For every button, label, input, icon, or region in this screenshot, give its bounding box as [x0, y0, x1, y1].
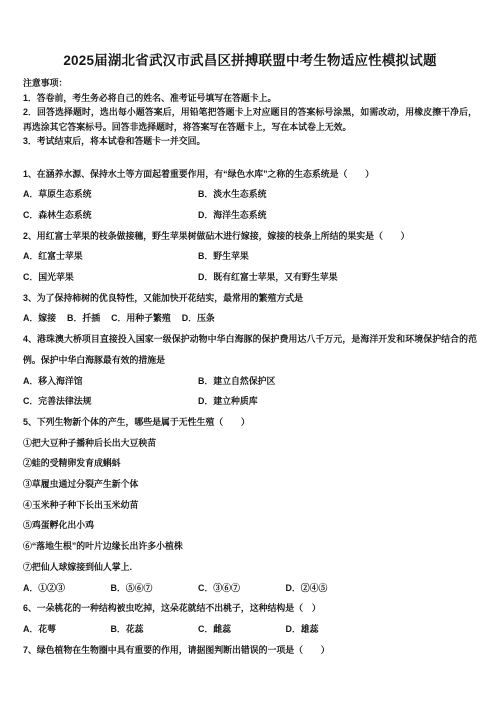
option-cell: A．移入海洋馆 — [23, 371, 198, 392]
question-subitem: ⑤鸡蛋孵化出小鸡 — [23, 515, 477, 536]
option-cell: A．嫁接 — [23, 308, 56, 329]
question: 6、一朵桃花的一种结构被虫吃掉，这朵花就结不出桃子，这种结构是（ ）A．花萼B．… — [23, 598, 477, 639]
option-row: C．森林生态系统D．海洋生态系统 — [23, 205, 477, 226]
option-cell: B．⑤⑥⑦ — [111, 578, 199, 599]
question: 1、在涵养水源、保持水土等方面起着重要作用，有“绿色水库”之称的生态系统是（ ）… — [23, 164, 477, 226]
question-stem: 5、下列生物新个体的产生，哪些是属于无性生殖（ ） — [23, 412, 477, 433]
option-cell: C．雌蕊 — [198, 619, 286, 640]
question-subitem: ⑥“落地生根”的叶片边缘长出许多小植株 — [23, 536, 477, 557]
option-cell: D．雄蕊 — [286, 619, 374, 640]
question-stem: 2、用红富士苹果的枝条做接穗，野生苹果树做砧木进行嫁接，嫁接的枝条上所结的果实是… — [23, 226, 477, 247]
notice-item: 1．答卷前，考生务必将自己的姓名、准考证号填写在答题卡上。 — [23, 91, 477, 106]
option-cell: D．海洋生态系统 — [198, 205, 477, 226]
question: 3、为了保持柿树的优良特性，又能加快开花结实，最常用的繁殖方式是A．嫁接B．扦插… — [23, 288, 477, 329]
option-cell: C．完善法律法规 — [23, 391, 198, 412]
option-row: A．花萼B．花蕊C．雌蕊D．雄蕊 — [23, 619, 477, 640]
option-cell: B．野生苹果 — [198, 246, 477, 267]
question: 5、下列生物新个体的产生，哪些是属于无性生殖（ ）①把大豆种子播种后长出大豆秧苗… — [23, 412, 477, 598]
option-cell: D．建立种质库 — [198, 391, 477, 412]
option-cell: A．红富士苹果 — [23, 246, 198, 267]
page-title: 2025届湖北省武汉市武昌区拼搏联盟中考生物适应性模拟试题 — [0, 0, 500, 68]
option-cell: C．③⑥⑦ — [198, 578, 286, 599]
option-cell: A．草原生态系统 — [23, 184, 198, 205]
question-subitem: ③草履虫通过分裂产生新个体 — [23, 474, 477, 495]
question: 4、港珠澳大桥项目直接投入国家一级保护动物中华白海豚的保护费用达八千万元，是海洋… — [23, 329, 477, 412]
notice-heading: 注意事项： — [23, 76, 477, 91]
option-cell: C．森林生态系统 — [23, 205, 198, 226]
option-row: A．①②③B．⑤⑥⑦C．③⑥⑦D．②④⑤ — [23, 578, 477, 599]
notice-item: 2．回答选择题时，选出每小题答案后，用铅笔把答题卡上对应题目的答案标号涂黑，如需… — [23, 105, 477, 134]
option-row: A．草原生态系统B．淡水生态系统 — [23, 184, 477, 205]
exam-paper-page: 2025届湖北省武汉市武昌区拼搏联盟中考生物适应性模拟试题 注意事项： 1．答卷… — [0, 0, 500, 707]
question-stem: 4、港珠澳大桥项目直接投入国家一级保护动物中华白海豚的保护费用达八千万元，是海洋… — [23, 329, 477, 370]
question: 7、绿色植物在生物圈中具有重要的作用，请据图判断出错误的一项是（ ） — [23, 640, 477, 661]
option-cell: A．花萼 — [23, 619, 111, 640]
option-cell: C．用种子繁殖 — [111, 308, 171, 329]
question-subitem: ⑦把仙人球嫁接到仙人掌上. — [23, 557, 477, 578]
option-cell: B．花蕊 — [111, 619, 199, 640]
question-subitem: ②蛙的受精卵发育成蝌蚪 — [23, 453, 477, 474]
option-row: A．红富士苹果B．野生苹果 — [23, 246, 477, 267]
option-row: A．嫁接B．扦插C．用种子繁殖D．压条 — [23, 308, 477, 329]
question-subitem: ①把大豆种子播种后长出大豆秧苗 — [23, 433, 477, 454]
option-cell: B．扦插 — [67, 308, 100, 329]
notice-item: 3．考试结束后，将本试卷和答题卡一并交回。 — [23, 134, 477, 149]
option-row: C．国光苹果D．既有红富士苹果，又有野生苹果 — [23, 267, 477, 288]
question-stem: 7、绿色植物在生物圈中具有重要的作用，请据图判断出错误的一项是（ ） — [23, 640, 477, 661]
option-row: C．完善法律法规D．建立种质库 — [23, 391, 477, 412]
option-cell: A．①②③ — [23, 578, 111, 599]
notice-section: 注意事项： 1．答卷前，考生务必将自己的姓名、准考证号填写在答题卡上。 2．回答… — [23, 76, 477, 149]
question-stem: 3、为了保持柿树的优良特性，又能加快开花结实，最常用的繁殖方式是 — [23, 288, 477, 309]
option-cell: B．建立自然保护区 — [198, 371, 477, 392]
question: 2、用红富士苹果的枝条做接穗，野生苹果树做砧木进行嫁接，嫁接的枝条上所结的果实是… — [23, 226, 477, 288]
option-row: A．移入海洋馆B．建立自然保护区 — [23, 371, 477, 392]
option-cell: D．既有红富士苹果，又有野生苹果 — [198, 267, 477, 288]
question-stem: 1、在涵养水源、保持水土等方面起着重要作用，有“绿色水库”之称的生态系统是（ ） — [23, 164, 477, 185]
question-subitem: ④玉米种子种下长出玉米幼苗 — [23, 495, 477, 516]
option-cell: B．淡水生态系统 — [198, 184, 477, 205]
question-list: 1、在涵养水源、保持水土等方面起着重要作用，有“绿色水库”之称的生态系统是（ ）… — [23, 164, 477, 661]
option-cell: D．压条 — [182, 308, 215, 329]
option-cell: D．②④⑤ — [286, 578, 374, 599]
question-stem: 6、一朵桃花的一种结构被虫吃掉，这朵花就结不出桃子，这种结构是（ ） — [23, 598, 477, 619]
option-cell: C．国光苹果 — [23, 267, 198, 288]
